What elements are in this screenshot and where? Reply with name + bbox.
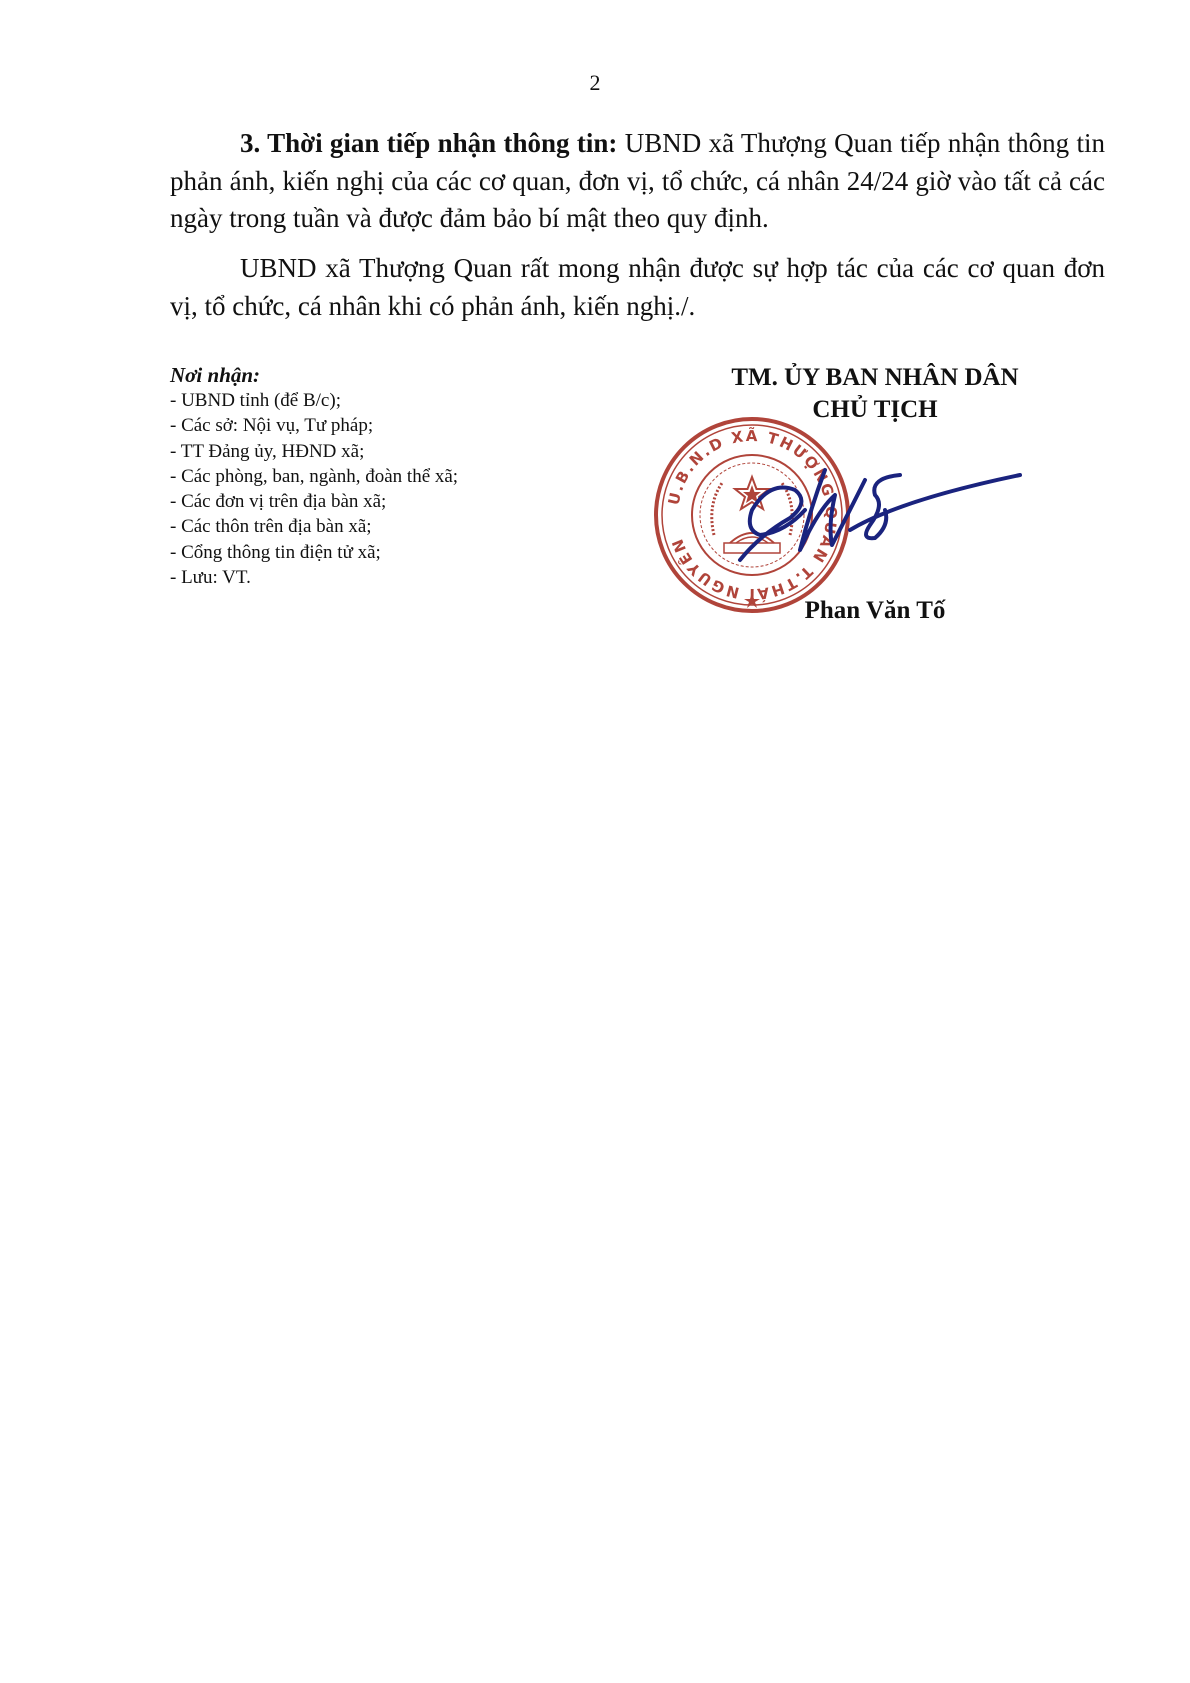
closing-text: UBND xã Thượng Quan rất mong nhận được s… [170,253,1105,321]
recipient-item: - TT Đảng ủy, HĐND xã; [170,439,458,464]
recipient-item: - UBND tỉnh (để B/c); [170,388,458,413]
recipients-title: Nơi nhận: [170,362,458,388]
signer-name: Phan Văn Tố [665,597,1085,625]
signature-icon [700,440,1030,580]
recipient-item: - Các sở: Nội vụ, Tư pháp; [170,413,458,438]
recipients-list: Nơi nhận: - UBND tỉnh (để B/c); - Các sở… [170,362,458,590]
recipient-item: - Các đơn vị trên địa bàn xã; [170,489,458,514]
recipient-item: - Các phòng, ban, ngành, đoàn thể xã; [170,464,458,489]
recipient-item: - Cổng thông tin điện tử xã; [170,540,458,565]
section-3-heading: 3. Thời gian tiếp nhận thông tin: [240,128,617,158]
org-line: TM. ỦY BAN NHÂN DÂN [665,362,1085,394]
section-3-paragraph: 3. Thời gian tiếp nhận thông tin: UBND x… [170,125,1105,238]
page-number: 2 [0,70,1190,96]
recipient-item: - Các thôn trên địa bàn xã; [170,514,458,539]
recipient-item: - Lưu: VT. [170,565,458,590]
closing-paragraph: UBND xã Thượng Quan rất mong nhận được s… [170,250,1105,325]
